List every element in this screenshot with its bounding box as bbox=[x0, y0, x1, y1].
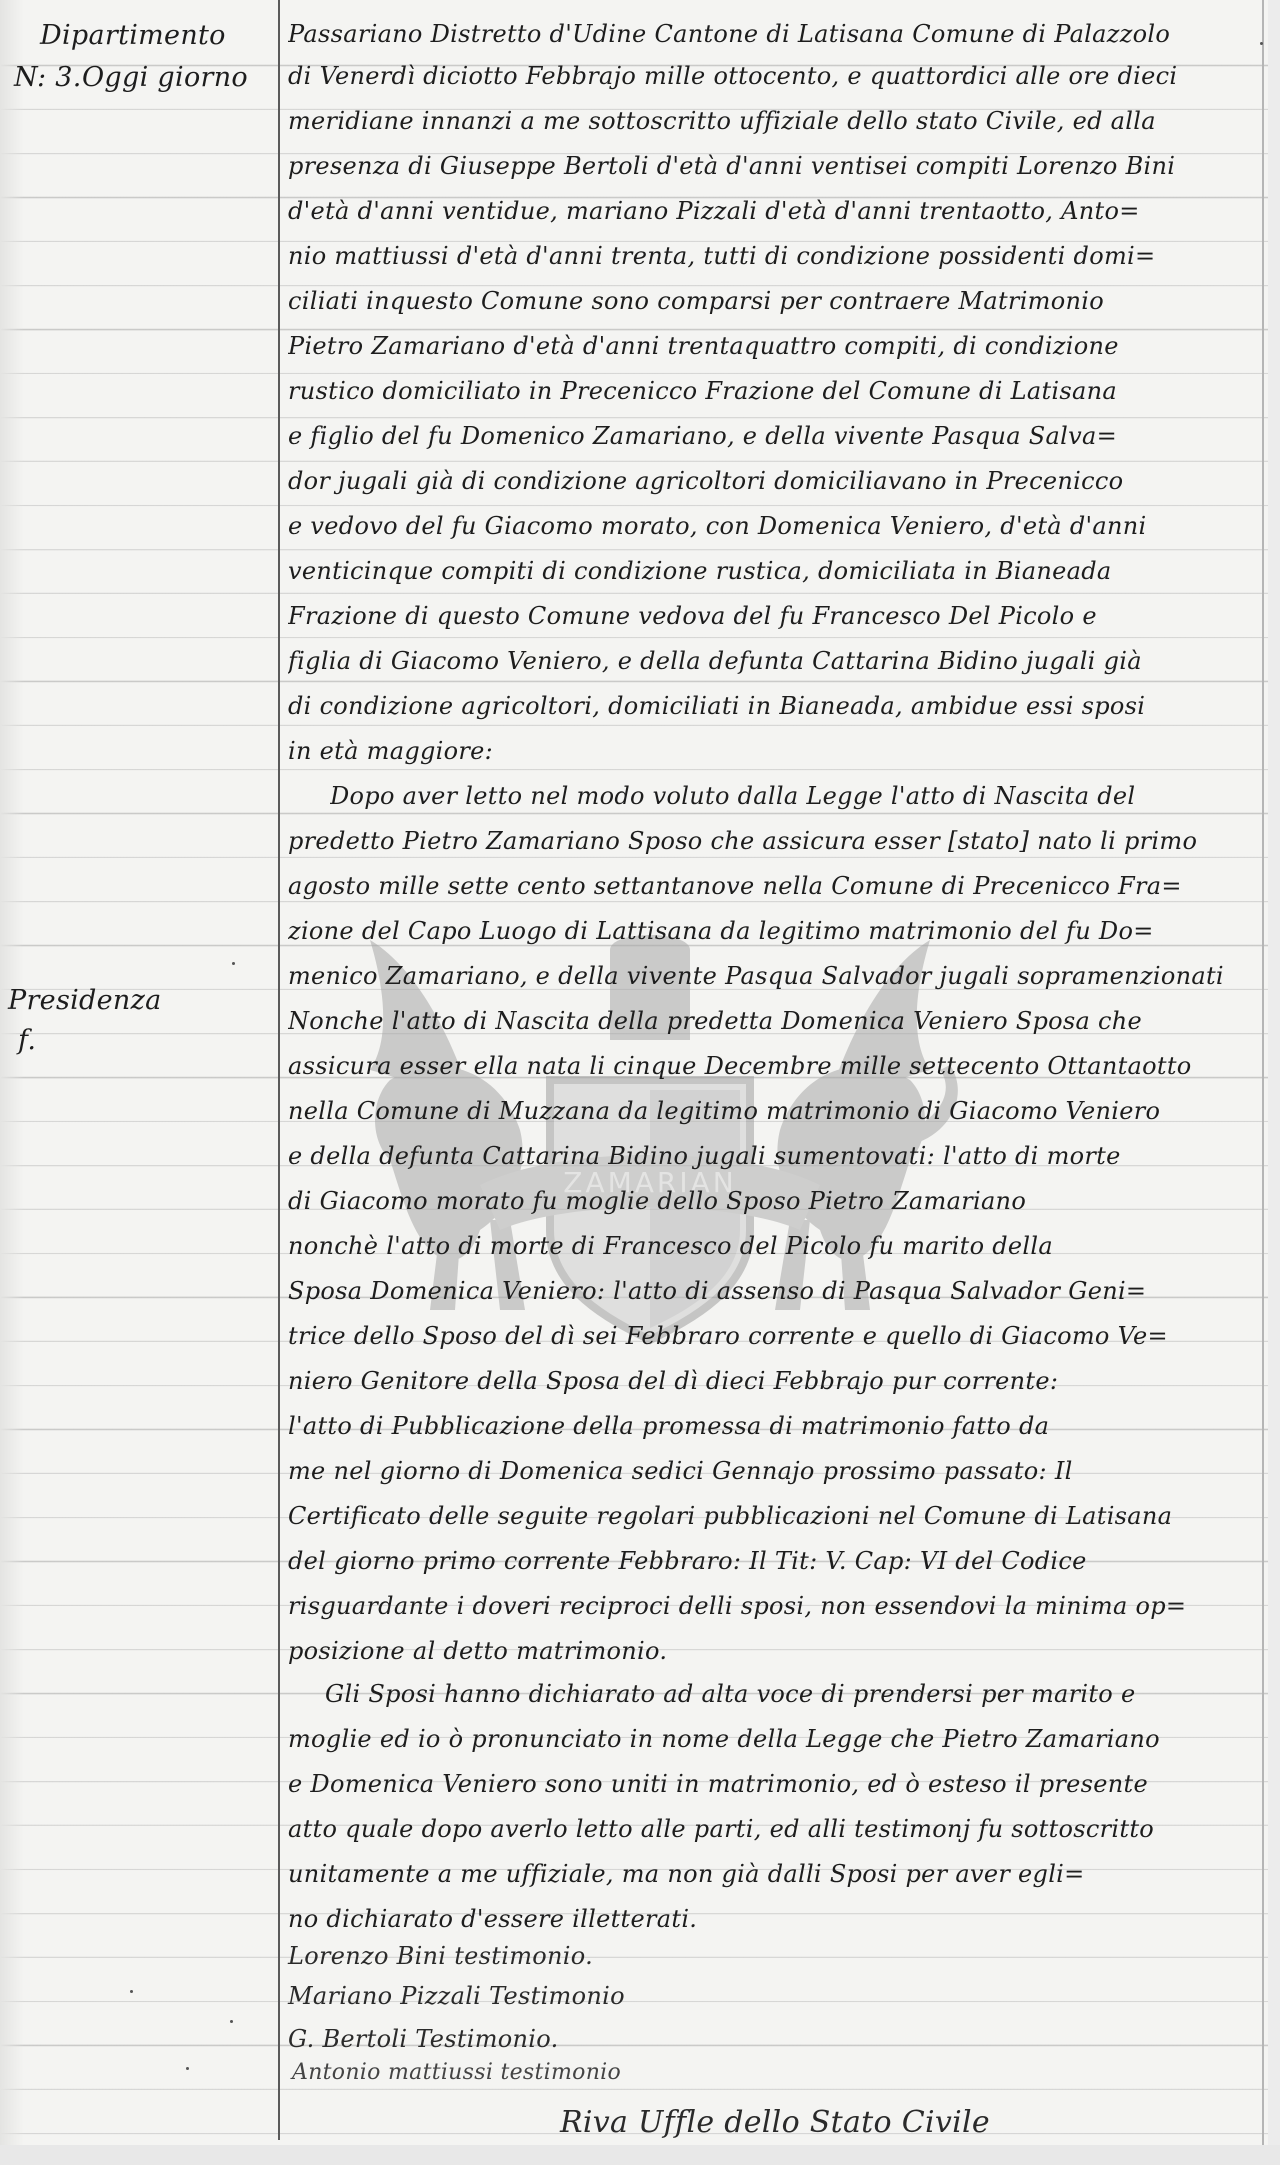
witness-signature: Antonio mattiussi testimonio bbox=[292, 2060, 621, 2085]
body-line: meridiane innanzi a me sottoscritto uffi… bbox=[288, 107, 1258, 135]
body-line: posizione al detto matrimonio. bbox=[288, 1637, 1258, 1665]
scan-bottom-strip bbox=[0, 2145, 1280, 2165]
body-line: di Giacomo morato fu moglie dello Sposo … bbox=[288, 1187, 1258, 1215]
scan-speck bbox=[1260, 42, 1263, 45]
body-line: figlia di Giacomo Veniero, e della defun… bbox=[288, 647, 1258, 675]
body-line: venticinque compiti di condizione rustic… bbox=[288, 557, 1258, 585]
opening-words: Oggi giorno bbox=[82, 62, 248, 93]
body-line: di condizione agricoltori, domiciliati i… bbox=[288, 692, 1258, 720]
body-line: me nel giorno di Domenica sedici Gennajo… bbox=[288, 1457, 1258, 1485]
margin-note-mark: f. bbox=[18, 1025, 36, 1056]
witness-signature: Lorenzo Bini testimonio. bbox=[288, 1942, 593, 1970]
page-right-edge bbox=[1262, 0, 1264, 2145]
body-line: risguardante i doveri reciproci delli sp… bbox=[288, 1592, 1258, 1620]
body-line: predetto Pietro Zamariano Sposo che assi… bbox=[288, 827, 1258, 855]
body-line: niero Genitore della Sposa del dì dieci … bbox=[288, 1367, 1258, 1395]
body-line: e della defunta Cattarina Bidino jugali … bbox=[288, 1142, 1258, 1170]
body-line: menico Zamariano, e della vivente Pasqua… bbox=[288, 962, 1258, 990]
body-line: nonchè l'atto di morte di Francesco del … bbox=[288, 1232, 1258, 1260]
page-edge-shadow bbox=[0, 0, 24, 2145]
body-line: Dopo aver letto nel modo voluto dalla Le… bbox=[330, 782, 1280, 810]
body-line: e vedovo del fu Giacomo morato, con Dome… bbox=[288, 512, 1258, 540]
body-line: no dichiarato d'essere illetterati. bbox=[288, 1905, 1258, 1933]
scan-speck bbox=[130, 1990, 133, 1993]
department-label: Dipartimento bbox=[40, 20, 226, 51]
margin-rule-line bbox=[278, 0, 280, 2140]
body-line: zione del Capo Luogo di Lattisana da leg… bbox=[288, 917, 1258, 945]
body-line: ciliati inquesto Comune sono comparsi pe… bbox=[288, 287, 1258, 315]
body-line: presenza di Giuseppe Bertoli d'età d'ann… bbox=[288, 152, 1258, 180]
body-line: Sposa Domenica Veniero: l'atto di assens… bbox=[288, 1277, 1258, 1305]
body-line: l'atto di Pubblicazione della promessa d… bbox=[288, 1412, 1258, 1440]
scan-speck bbox=[232, 962, 235, 965]
body-line: rustico domiciliato in Precenicco Frazio… bbox=[288, 377, 1258, 405]
witness-signature: G. Bertoli Testimonio. bbox=[288, 2025, 559, 2053]
body-line: atto quale dopo averlo letto alle parti,… bbox=[288, 1815, 1258, 1843]
body-line: del giorno primo corrente Febbraro: Il T… bbox=[288, 1547, 1258, 1575]
body-line: nella Comune di Muzzana da legitimo matr… bbox=[288, 1097, 1258, 1125]
body-line: e figlio del fu Domenico Zamariano, e de… bbox=[288, 422, 1258, 450]
body-line: Nonche l'atto di Nascita della predetta … bbox=[288, 1007, 1258, 1035]
body-line: moglie ed io ò pronunciato in nome della… bbox=[288, 1725, 1258, 1753]
body-line: nio mattiussi d'età d'anni trenta, tutti… bbox=[288, 242, 1258, 270]
body-line: Passariano Distretto d'Udine Cantone di … bbox=[288, 20, 1258, 48]
scan-speck bbox=[230, 2020, 233, 2023]
body-line: Pietro Zamariano d'età d'anni trentaquat… bbox=[288, 332, 1258, 360]
body-line: unitamente a me uffiziale, ma non già da… bbox=[288, 1860, 1258, 1888]
body-line: Frazione di questo Comune vedova del fu … bbox=[288, 602, 1258, 630]
body-line: Gli Sposi hanno dichiarato ad alta voce … bbox=[325, 1680, 1280, 1708]
body-line: d'età d'anni ventidue, mariano Pizzali d… bbox=[288, 197, 1258, 225]
body-line: di Venerdì diciotto Febbrajo mille ottoc… bbox=[288, 62, 1258, 90]
body-line: trice dello Sposo del dì sei Febbraro co… bbox=[288, 1322, 1258, 1350]
witness-signature: Mariano Pizzali Testimonio bbox=[288, 1982, 625, 2010]
scan-speck bbox=[186, 2067, 189, 2070]
record-number: N: 3. bbox=[14, 62, 82, 93]
body-line: Certificato delle seguite regolari pubbl… bbox=[288, 1502, 1258, 1530]
body-line: in età maggiore: bbox=[288, 737, 1258, 765]
margin-note-presidenza: Presidenza bbox=[8, 985, 162, 1016]
civil-officer-signature: Riva Uffle dello Stato Civile bbox=[560, 2105, 990, 2140]
body-line: dor jugali già di condizione agricoltori… bbox=[288, 467, 1258, 495]
body-line: e Domenica Veniero sono uniti in matrimo… bbox=[288, 1770, 1258, 1798]
body-line: assicura esser ella nata li cinque Decem… bbox=[288, 1052, 1258, 1080]
body-line: agosto mille sette cento settantanove ne… bbox=[288, 872, 1258, 900]
